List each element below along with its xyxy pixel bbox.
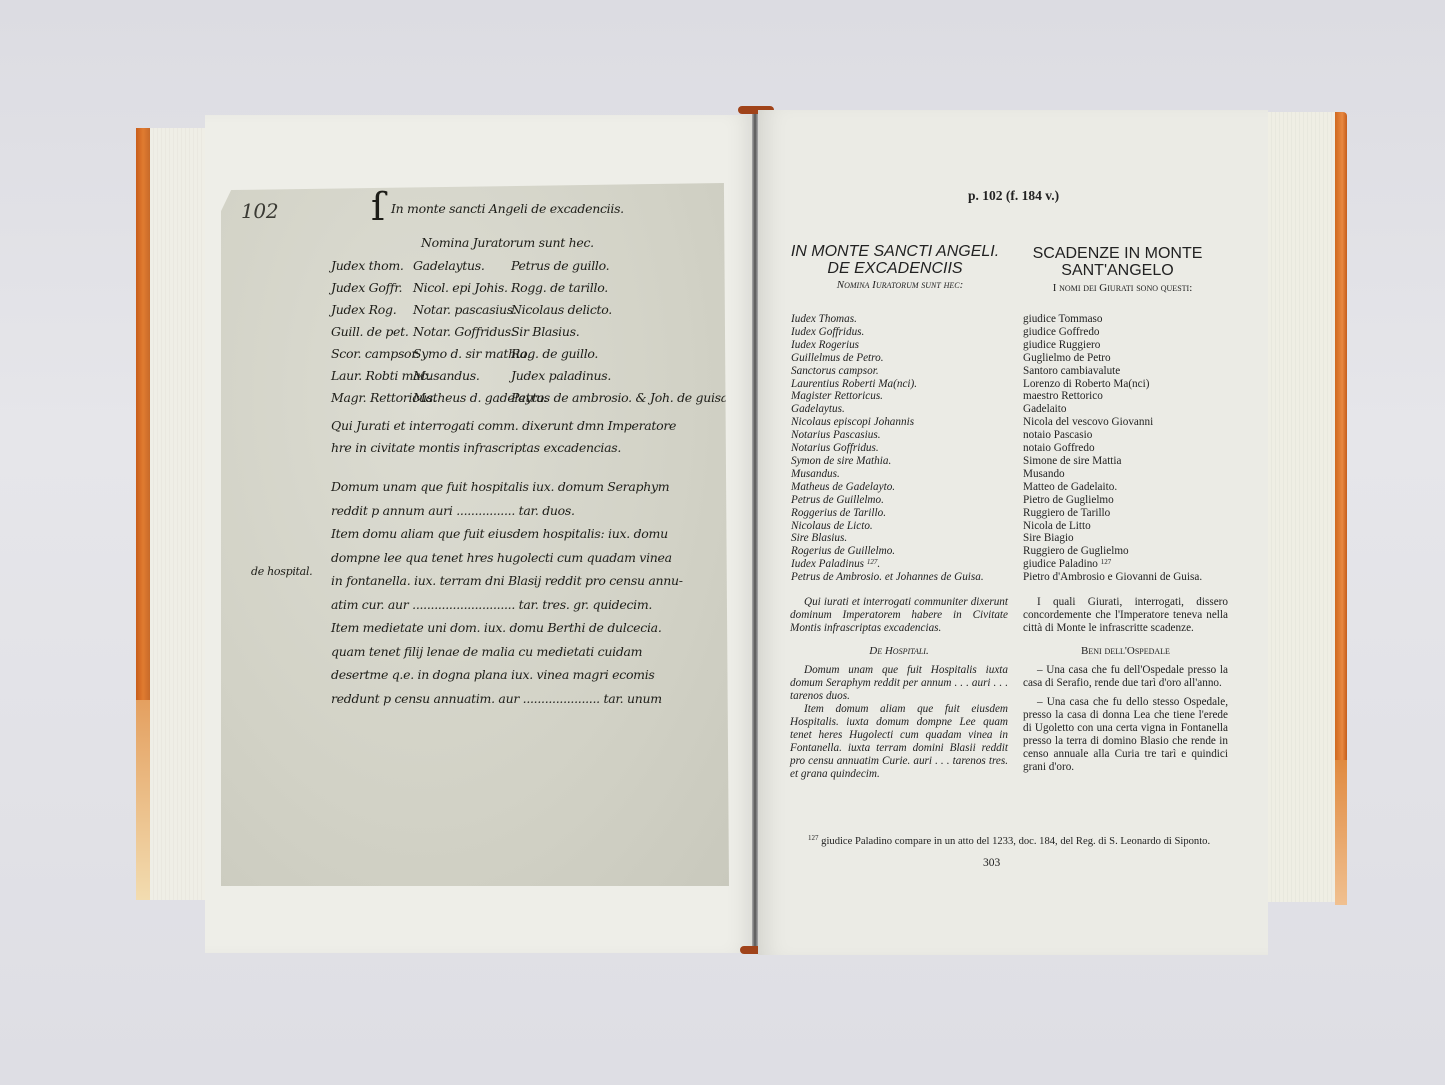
list-item: Iudex Rogerius xyxy=(791,339,984,352)
page-number: 303 xyxy=(983,857,1000,869)
list-item: Matheus de Gadelayto. xyxy=(791,481,984,494)
italian-subtitle: I nomi dei Giurati sono questi: xyxy=(1015,282,1230,294)
list-item: Iudex Paladinus 127. xyxy=(791,558,984,571)
list-item: notaio Goffredo xyxy=(1023,442,1202,455)
list-item: Guglielmo de Petro xyxy=(1023,352,1202,365)
list-item: Nicola del vescovo Giovanni xyxy=(1023,416,1202,429)
latin-intro-paragraph: Qui iurati et interrogati communiter dix… xyxy=(790,596,1008,635)
list-item: Notarius Goffridus. xyxy=(791,442,984,455)
manuscript-heading: In monte sancti Angeli de excadenciis. xyxy=(391,201,624,216)
folio-number: 102 xyxy=(241,199,278,223)
list-item: Pietro de Guglielmo xyxy=(1023,494,1202,507)
manuscript-paragraph-2: Domum unam que fuit hospitalis iux. domu… xyxy=(331,475,683,710)
list-item: Symon de sire Mathia. xyxy=(791,455,984,468)
list-item: Musandus. xyxy=(791,468,984,481)
manuscript-margin-note: de hospital. xyxy=(251,565,312,578)
footnote: 127 giudice Paladino compare in un atto … xyxy=(808,836,1210,847)
latin-body-text: Qui iurati et interrogati communiter dix… xyxy=(790,596,1008,781)
list-item: Magister Rettoricus. xyxy=(791,390,984,403)
latin-jurors-list: Iudex Thomas. Iudex Goffridus. Iudex Rog… xyxy=(791,313,984,584)
latin-entry-2: Item domum aliam que fuit eiusdem Hospit… xyxy=(790,703,1008,781)
footnote-text: giudice Paladino compare in un atto del … xyxy=(821,836,1210,847)
italian-entry-1: – Una casa che fu dell'Ospedale presso l… xyxy=(1023,664,1228,690)
latin-title: In Monte Sancti Angeli. De Excadenciis xyxy=(790,243,1000,277)
list-item: Musando xyxy=(1023,468,1202,481)
manuscript-name-column-3: Petrus de guillo. Rogg. de tarillo. Nico… xyxy=(511,255,732,409)
list-item: Sire Biagio xyxy=(1023,532,1202,545)
italian-entry-2: – Una casa che fu dello stesso Ospedale,… xyxy=(1023,696,1228,774)
list-item: Rogerius de Guillelmo. xyxy=(791,545,984,558)
list-item: Ruggiero de Tarillo xyxy=(1023,507,1202,520)
list-item: Iudex Goffridus. xyxy=(791,326,984,339)
book-cover-right-edge-lower xyxy=(1335,760,1347,905)
list-item: Gadelaito xyxy=(1023,403,1202,416)
list-item: Notarius Pascasius. xyxy=(791,429,984,442)
latin-subtitle: Nomina Iuratorum sunt hec: xyxy=(790,279,1010,291)
list-item: maestro Rettorico xyxy=(1023,390,1202,403)
list-item: Lorenzo di Roberto Ma(nci) xyxy=(1023,378,1202,391)
list-item: Ruggiero de Guglielmo xyxy=(1023,545,1202,558)
list-item: Simone de sire Mattia xyxy=(1023,455,1202,468)
manuscript-subheading: Nomina Juratorum sunt hec. xyxy=(421,235,594,250)
italian-jurors-list: giudice Tommaso giudice Goffredo giudice… xyxy=(1023,313,1202,584)
latin-section-heading: De Hospitali. xyxy=(790,645,1008,658)
list-item: Laurentius Roberti Ma(nci). xyxy=(791,378,984,391)
page-reference: p. 102 (f. 184 v.) xyxy=(968,188,1059,204)
book-cover-left-edge-lower xyxy=(136,700,150,900)
list-item: Sire Blasius. xyxy=(791,532,984,545)
list-item: Sanctorus campsor. xyxy=(791,365,984,378)
footnote-marker[interactable]: 127 xyxy=(867,558,878,566)
list-item: Nicola de Litto xyxy=(1023,520,1202,533)
list-item: Nicolaus episcopi Johannis xyxy=(791,416,984,429)
list-item: Guillelmus de Petro. xyxy=(791,352,984,365)
footnote-marker[interactable]: 127 xyxy=(1101,558,1112,566)
italian-section-heading: Beni dell'Ospedale xyxy=(1023,645,1228,658)
list-item: Pietro d'Ambrosio e Giovanni de Guisa. xyxy=(1023,571,1202,584)
list-item: Iudex Thomas. xyxy=(791,313,984,326)
list-item: giudice Goffredo xyxy=(1023,326,1202,339)
list-item: Santoro cambiavalute xyxy=(1023,365,1202,378)
list-item: Roggerius de Tarillo. xyxy=(791,507,984,520)
page-stack-right xyxy=(1268,112,1335,902)
page-stack-left xyxy=(150,128,210,900)
manuscript-facsimile: 102 ſ In monte sancti Angeli de excadenc… xyxy=(221,183,729,886)
initial-letter: ſ xyxy=(371,185,385,229)
italian-intro-paragraph: I quali Giurati, interrogati, dissero co… xyxy=(1023,596,1228,635)
manuscript-paragraph-1: Qui Jurati et interrogati comm. dixerunt… xyxy=(331,415,676,459)
latin-entry-1: Domum unam que fuit Hospitalis iuxta dom… xyxy=(790,664,1008,703)
list-item: giudice Paladino 127 xyxy=(1023,558,1202,571)
list-item: giudice Tommaso xyxy=(1023,313,1202,326)
list-item: Petrus de Ambrosio. et Johannes de Guisa… xyxy=(791,571,984,584)
list-item: Petrus de Guillelmo. xyxy=(791,494,984,507)
list-item: Nicolaus de Licto. xyxy=(791,520,984,533)
italian-title: Scadenze in Monte Sant'Angelo xyxy=(1015,245,1220,279)
footnote-number: 127 xyxy=(808,834,819,842)
list-item: giudice Ruggiero xyxy=(1023,339,1202,352)
italian-body-text: I quali Giurati, interrogati, dissero co… xyxy=(1023,596,1228,774)
list-item: Gadelaytus. xyxy=(791,403,984,416)
list-item: notaio Pascasio xyxy=(1023,429,1202,442)
list-item: Matteo de Gadelaito. xyxy=(1023,481,1202,494)
